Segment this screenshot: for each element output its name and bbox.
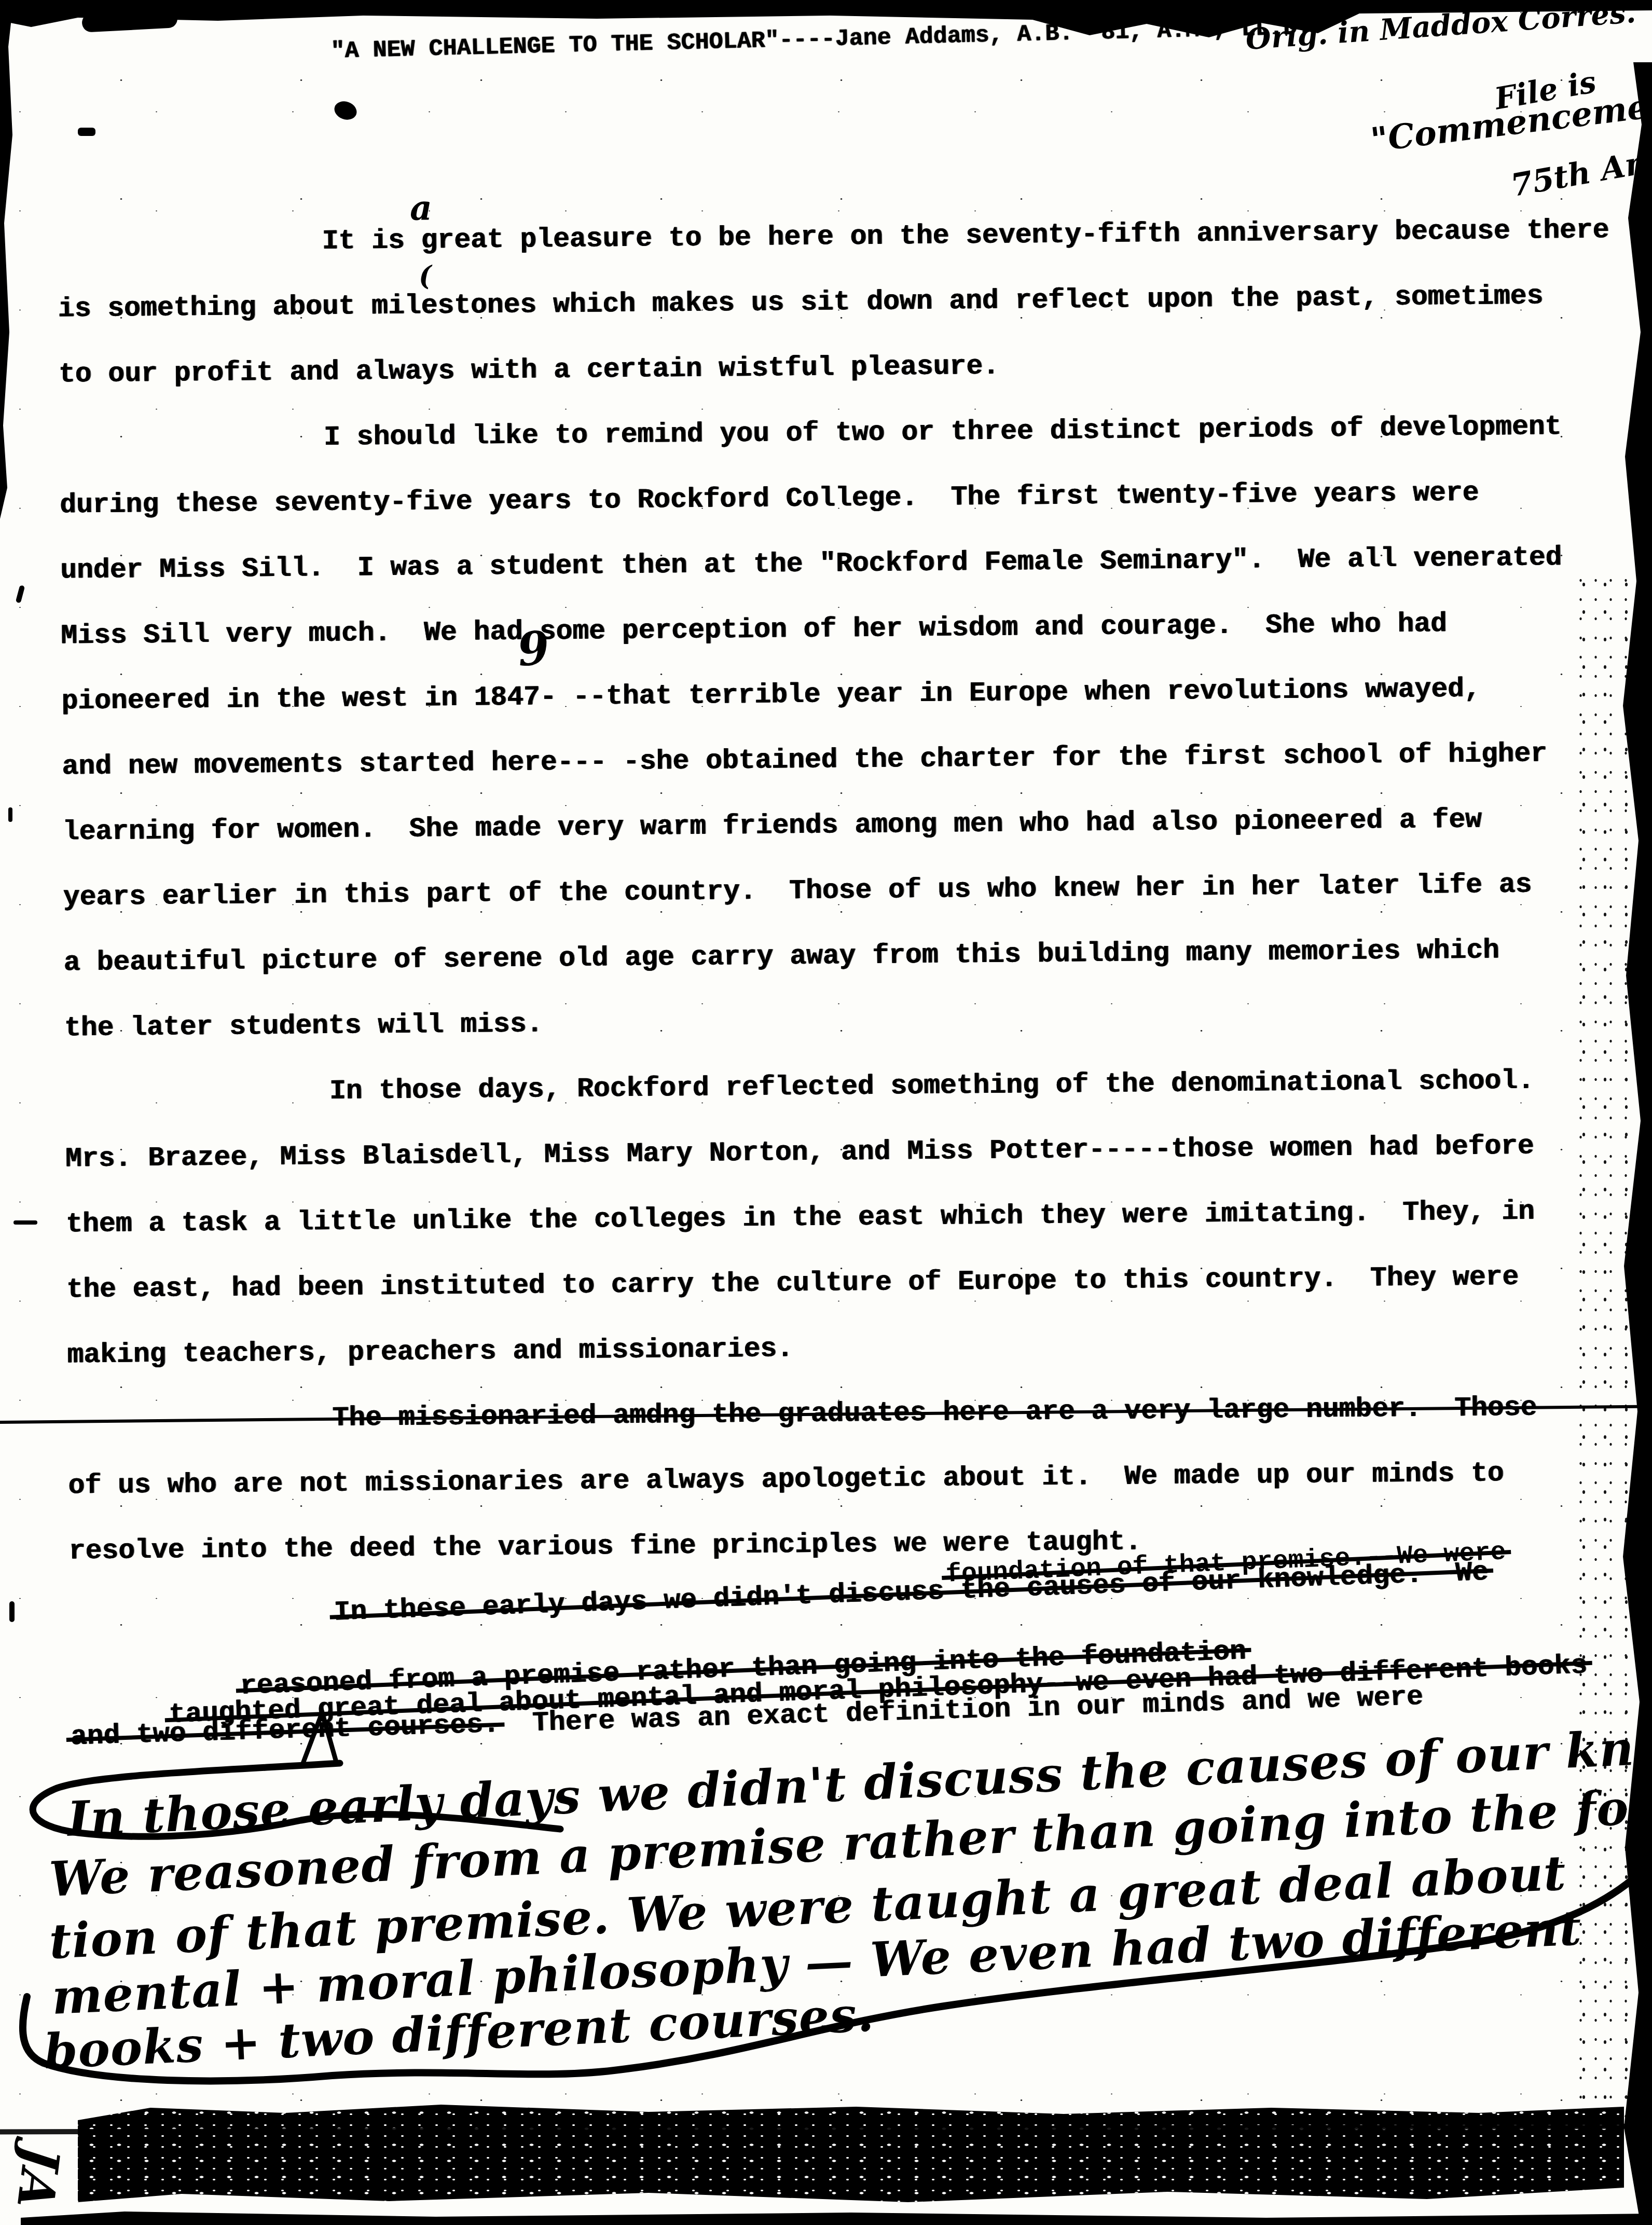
typed-line: under Miss Sill. I was a student then at… <box>60 542 1562 586</box>
typed-line: during these seventy-five years to Rockf… <box>60 477 1479 521</box>
typed-line: It is great pleasure to be here on the s… <box>57 214 1609 259</box>
initials-ja: JA <box>6 2143 72 2212</box>
typed-line: pioneered in the west in 1847- --that te… <box>61 674 1481 717</box>
typed-line: Mrs. Brazee, Miss Blaisdell, Miss Mary N… <box>65 1131 1534 1175</box>
handwritten-insert-a: a <box>410 187 432 228</box>
typed-line: is something about milestones which make… <box>58 281 1543 325</box>
handwritten-insert-nine: 9 <box>515 620 552 677</box>
typed-line-struck: In these early days we didn't discuss th… <box>69 1557 1489 1637</box>
typed-line: a beautiful picture of serene old age ca… <box>63 935 1499 978</box>
scan-band-bottom <box>78 2105 1624 2203</box>
typed-line: I should like to remind you of two or th… <box>59 411 1562 455</box>
typed-line: them a task a little unlike the colleges… <box>66 1196 1535 1240</box>
typed-line: In those days, Rockford reflected someth… <box>65 1065 1534 1109</box>
document-title: "A NEW CHALLENGE TO THE SCHOLAR"----Jane… <box>331 15 1312 65</box>
typed-line: the east, had been instituted to carry t… <box>66 1261 1519 1305</box>
struck-text: In these early days we didn't discuss th… <box>333 1557 1489 1628</box>
typed-line: making teachers, preachers and missionar… <box>67 1333 793 1370</box>
typed-line: of us who are not missionaries are alway… <box>68 1458 1504 1501</box>
scanned-document-page: Orig. in Maddox Corres." File is "Commen… <box>0 0 1652 2225</box>
typed-line: the later students will miss. <box>64 1008 543 1043</box>
typed-line: and new movements started here--- -she o… <box>62 738 1547 782</box>
typed-line: Miss Sill very much. We had some percept… <box>61 608 1447 651</box>
caret-mark: ( <box>419 260 432 292</box>
typed-line: years earlier in this part of the countr… <box>63 869 1532 913</box>
typed-line: to our profit and always with a certain … <box>59 351 999 390</box>
typed-line: learning for women. She made very warm f… <box>62 804 1482 848</box>
